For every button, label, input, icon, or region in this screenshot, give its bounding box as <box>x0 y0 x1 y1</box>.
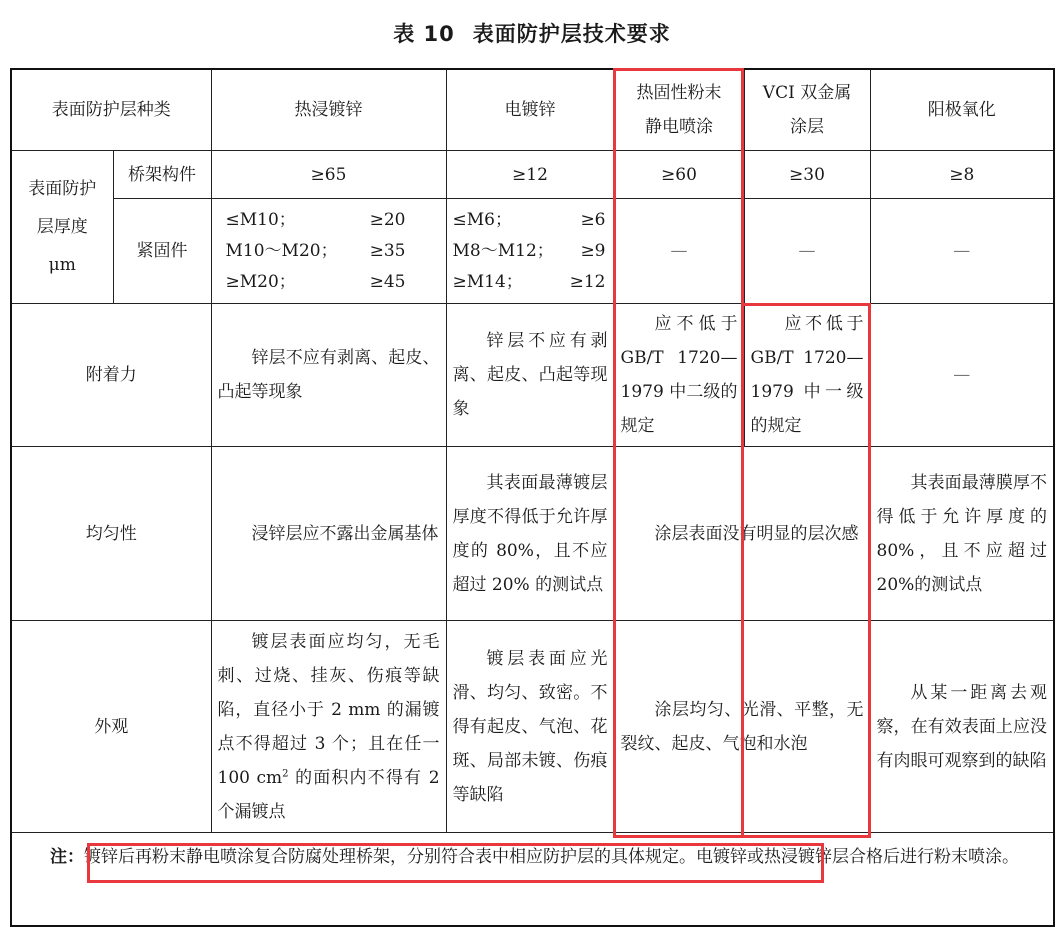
fastener-hot-dip: ≤M10；≥20 M10～M20；≥35 ≥M20；≥45 <box>211 199 446 304</box>
header-powder-line1: 热固性粉末 <box>621 76 738 110</box>
protective-layer-spec-table: 表面防护层种类 热浸镀锌 电镀锌 热固性粉末 静电喷涂 VCI 双金属 涂层 阳… <box>10 68 1055 927</box>
table-note: 注：镀锌后再粉末静电喷涂复合防腐处理桥架，分别符合表中相应防护层的具体规定。电镀… <box>11 833 1054 927</box>
fastener-anodic: — <box>870 199 1054 304</box>
uniformity-row: 均匀性 浸锌层应不露出金属基体 其表面最薄镀层厚度不得低于允许厚度的 80%，且… <box>11 447 1054 621</box>
fastener-label: 紧固件 <box>113 199 211 304</box>
adhesion-vci: 应不低于 GB/T 1720—1979 中一级的规定 <box>744 304 870 447</box>
bridge-powder: ≥60 <box>614 151 744 199</box>
header-hot-dip: 热浸镀锌 <box>211 69 446 151</box>
fastener-electro-line: ≤M6；≥6 <box>453 205 606 236</box>
fastener-vci: — <box>744 199 870 304</box>
appearance-row: 外观 镀层表面应均匀，无毛刺、过烧、挂灰、伤痕等缺陷，直径小于 2 mm 的漏镀… <box>11 621 1054 833</box>
fastener-electro-line: ≥M14；≥12 <box>453 267 606 298</box>
fastener-hot-dip-line: M10～M20；≥35 <box>226 236 406 267</box>
table-number: 表 10 <box>393 22 455 46</box>
fastener-hot-dip-line: ≤M10；≥20 <box>226 205 406 236</box>
header-anodic: 阳极氧化 <box>870 69 1054 151</box>
adhesion-anodic: — <box>870 304 1054 447</box>
fastener-electro: ≤M6；≥6 M8～M12；≥9 ≥M14；≥12 <box>446 199 614 304</box>
adhesion-electro: 锌层不应有剥离、起皮、凸起等现象 <box>446 304 614 447</box>
uniformity-hot-dip: 浸锌层应不露出金属基体 <box>211 447 446 621</box>
adhesion-label: 附着力 <box>11 304 211 447</box>
header-category: 表面防护层种类 <box>11 69 211 151</box>
adhesion-hot-dip: 锌层不应有剥离、起皮、凸起等现象 <box>211 304 446 447</box>
header-electro: 电镀锌 <box>446 69 614 151</box>
table-title: 表面防护层技术要求 <box>473 22 671 46</box>
uniformity-label: 均匀性 <box>11 447 211 621</box>
appearance-powder-vci: 涂层均匀、光滑、平整，无裂纹、起皮、气泡和水泡 <box>614 621 870 833</box>
header-powder: 热固性粉末 静电喷涂 <box>614 69 744 151</box>
fastener-powder: — <box>614 199 744 304</box>
uniformity-powder-vci: 涂层表面没有明显的层次感 <box>614 447 870 621</box>
appearance-hot-dip: 镀层表面应均匀，无毛刺、过烧、挂灰、伤痕等缺陷，直径小于 2 mm 的漏镀点不得… <box>211 621 446 833</box>
thickness-bridge-row: 表面防护 层厚度 μm 桥架构件 ≥65 ≥12 ≥60 ≥30 ≥8 <box>11 151 1054 199</box>
bridge-hot-dip: ≥65 <box>211 151 446 199</box>
appearance-electro: 镀层表面应光滑、均匀、致密。不得有起皮、气泡、花斑、局部未镀、伤痕等缺陷 <box>446 621 614 833</box>
bridge-vci: ≥30 <box>744 151 870 199</box>
note-highlighted-text: 镀锌后再粉末静电喷涂复合防腐处理桥架，分别符合表中相应防护层的具体规定。 <box>84 847 696 867</box>
header-vci-line1: VCI 双金属 <box>751 76 864 110</box>
note-label: 注： <box>50 847 84 867</box>
table-caption: 表 10表面防护层技术要求 <box>0 18 1064 48</box>
header-vci-line2: 涂层 <box>751 110 864 144</box>
fastener-electro-line: M8～M12；≥9 <box>453 236 606 267</box>
thickness-label-unit: μm <box>18 246 107 284</box>
thickness-label: 表面防护 层厚度 μm <box>11 151 113 304</box>
uniformity-anodic: 其表面最薄膜厚不得低于允许厚度的 80%，且不应超过 20%的测试点 <box>870 447 1054 621</box>
bridge-label: 桥架构件 <box>113 151 211 199</box>
thickness-fastener-row: 紧固件 ≤M10；≥20 M10～M20；≥35 ≥M20；≥45 ≤M6；≥6… <box>11 199 1054 304</box>
header-vci: VCI 双金属 涂层 <box>744 69 870 151</box>
bridge-anodic: ≥8 <box>870 151 1054 199</box>
appearance-label: 外观 <box>11 621 211 833</box>
note-rest-text: 电镀锌或热浸镀锌层合格后进行粉末喷涂。 <box>696 847 1019 867</box>
uniformity-electro: 其表面最薄镀层厚度不得低于允许厚度的 80%，且不应超过 20% 的测试点 <box>446 447 614 621</box>
thickness-label-line1: 表面防护 <box>18 170 107 208</box>
header-powder-line2: 静电喷涂 <box>621 110 738 144</box>
adhesion-powder: 应不低于 GB/T 1720—1979 中二级的规定 <box>614 304 744 447</box>
adhesion-row: 附着力 锌层不应有剥离、起皮、凸起等现象 锌层不应有剥离、起皮、凸起等现象 应不… <box>11 304 1054 447</box>
appearance-anodic: 从某一距离去观察，在有效表面上应没有肉眼可观察到的缺陷 <box>870 621 1054 833</box>
fastener-hot-dip-line: ≥M20；≥45 <box>226 267 406 298</box>
thickness-label-line2: 层厚度 <box>18 208 107 246</box>
bridge-electro: ≥12 <box>446 151 614 199</box>
header-row: 表面防护层种类 热浸镀锌 电镀锌 热固性粉末 静电喷涂 VCI 双金属 涂层 阳… <box>11 69 1054 151</box>
note-row: 注：镀锌后再粉末静电喷涂复合防腐处理桥架，分别符合表中相应防护层的具体规定。电镀… <box>11 833 1054 927</box>
